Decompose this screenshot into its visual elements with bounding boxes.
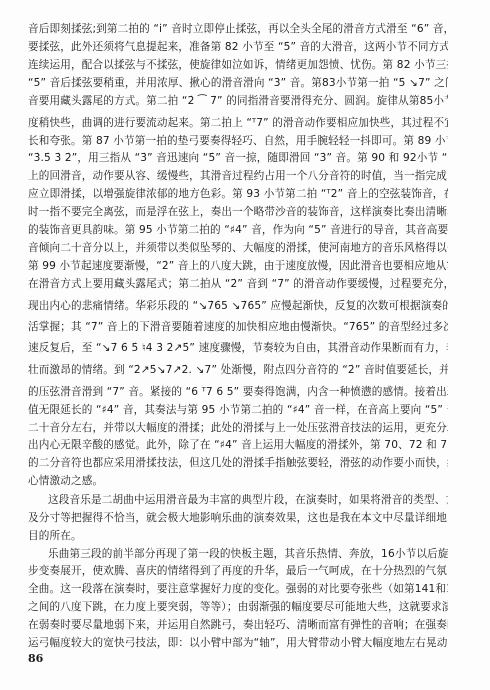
text-line: 出内心无限辛酸的感觉。此外，除了在 “♯4” 音上运用大幅度的滑揉外，第 70、… [28,438,448,452]
page-number: 86 [28,652,43,665]
text-line: “5̇” 音后揉弦要稍重，并用浓厚、揪心的滑音滑向 “3̇” 音。第83小节第一… [28,76,448,90]
text-line: 连续运用，配合以揉弦与不揉弦，使旋律如泣如诉，情绪更加怨愤、忧伤。第 82 小节… [28,58,448,72]
text-line: 上的回滑音，动作要从容、缓慢些，其滑音过程约占用一个八分音符的时值，当一指完成回… [28,169,448,183]
text-line: 在滑音方式上要用藏头露尾式；第二拍从 “2̇” 音到 “7̇” 的滑音动作要缓慢… [28,277,448,291]
text-line: 运弓幅度较大的宽快弓技法，即：以小臂中部为“轴”，用大臂带动小臂大幅度地左右晃动… [28,636,448,650]
text-line: 应立即滑揉，以增强旋律浓郁的地方色彩。第 93 小节第二拍 “ᵀ2” 音上的空弦… [28,187,448,201]
text-line: 目的所在。 [28,529,448,543]
text-line: 全曲。这一段落在演奏时，要注意掌握好力度的变化。强弱的对比要夸张些（如第141和… [28,582,448,596]
text-line: 速反复后，至 “↘7̇ 6̇ 5̇ ♮4 3̇ 2̇↗5̇” 速度骤慢，节奏较为… [28,341,448,355]
text-line: 值无限延长的 “♯4” 音，其奏法与第 95 小节第二拍的 “♯4” 音一样，在… [28,403,448,417]
text-line: 及分寸等把握得不恰当，就会极大地影响乐曲的演奏效果，这也是我在本文中尽量详细地阐… [28,511,448,525]
text-line: 二十音分左右，并带以大幅度的滑揉；此处的滑揉与上一处压弦滑音技法的运用，更充分地… [28,421,448,435]
text-line: 音倾向二十音分以上，并须带以类似坠琴的、大幅度的滑揉，使河南地方的音乐风格得以体… [28,241,448,255]
text-line: 心情激动之感。 [28,474,448,488]
text-line: 的压弦滑音滑到 “7” 音。紧接的 “6 ᵀ7 6 5” 要奏得饱满，内含一种愤… [28,385,448,399]
text-line: 音后即刻揉弦;到第二拍的 “i̇” 音时立即停止揉弦，再以全头全尾的滑音方式滑至… [28,22,448,36]
text-line: 之间的八度下跳，在力度上要突弱，等等）；由弱渐强的幅度要尽可能地大些，这就要求演… [28,600,448,614]
text-line: 在弱奏时要尽量地弱下来，并运用自然跳弓，奏出轻巧、清晰而富有弹性的音响；在强奏时… [28,618,448,632]
text-line: 长和夸张。第 87 小节第一拍的垫弓要奏得轻巧、自然，用手腕轻轻一抖即可。第 8… [28,134,448,148]
text-line: “3̇.5̇ 3̇ 2̇”，用三指从 “3̇” 音迅速向 “5̇” 音一掠，随即… [28,151,448,165]
text-line: 要揉弦，此外还须将气息提起来，准备第 82 小节至 “5̇” 音的大滑音，这两小… [28,40,448,54]
text-line: 度稍快些，曲调的进行要流动起来。第二拍上 “ᵀ7” 的滑音动作要相应加快些，其过… [28,116,448,130]
text-line: 壮而激昂的情绪。到 “2̇↗5̇↘7̇↗2̇. ↘7” 处渐慢，附点四分音符的 … [28,363,448,377]
text-line: 的装饰音更具韵味。第 95 小节第二拍的 “♯4” 音，作为向 “5” 音进行的… [28,223,448,237]
text-line: 第 99 小节起速度要渐慢，“2̇” 音上的八度大跳，由于速度放慢，因此滑音也要… [28,259,448,273]
text-line: 步变奏展开，使欢腾、喜庆的情绪得到了再度的升华，最后一气呵成，在十分热烈的气氛中… [28,564,448,578]
text-line: 乐曲第三段的前半部分再现了第一段的快板主题，其音乐热情、奔放，16小节以后旋律进… [48,547,448,561]
text-line: 的二分音符也都应采用滑揉技法，但这几处的滑揉手指触弦要轻，滑弦的动作要小而快，给… [28,456,448,470]
text-line: 时一指不要完全离弦，而是浮在弦上，奏出一个略带沙音的装饰音，这样演奏比奏出清晰、… [28,205,448,219]
text-line: 这段音乐是二胡曲中运用滑音最为丰富的典型片段，在演奏时，如果将滑音的类型、方式以 [48,493,448,507]
document-page: 音后即刻揉弦;到第二拍的 “i̇” 音时立即停止揉弦，再以全头全尾的滑音方式滑至… [0,0,490,690]
text-line: 音要用藏头露尾的方式。第二拍 “2̇ ⁀ 7̇” 的同指滑音要滑得充分、圆润。旋… [28,94,448,108]
text-line: 现出内心的悲痛情绪。华彩乐段的 “↘7̇6̇5 ↘7̇6̇5̇” 应慢起渐快，反… [28,299,448,313]
text-line: 活掌握；其 “7̇” 音上的下滑音要随着速度的加快相应地由慢渐快。“7̇6̇5̇… [28,320,448,334]
